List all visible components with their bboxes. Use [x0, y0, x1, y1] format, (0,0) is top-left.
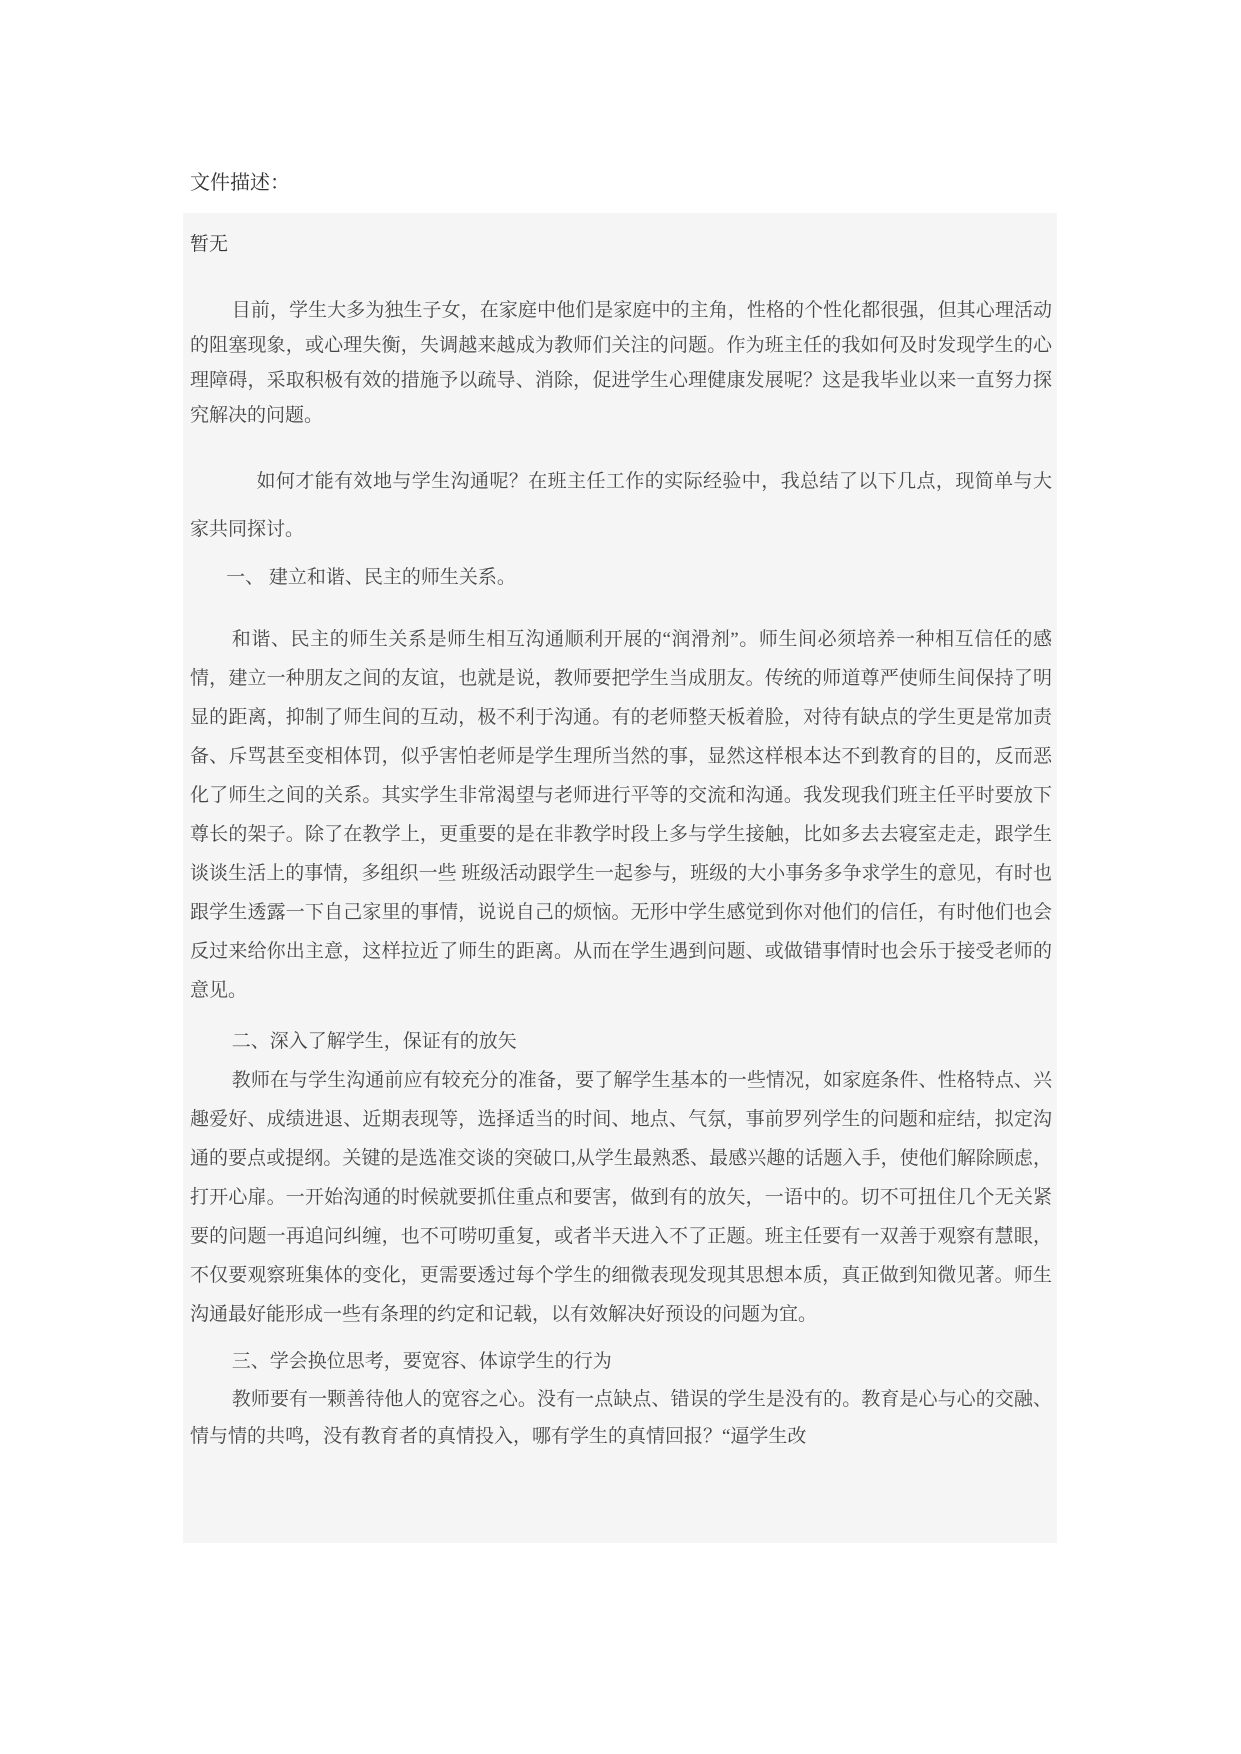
empty-placeholder: 暂无 [190, 235, 1052, 255]
document-paragraph: 和谐、民主的师生关系是师生相互沟通顺利开展的“润滑剂”。师生间必须培养一种相互信… [190, 620, 1052, 1010]
content-area: 文件描述： 暂无 目前，学生大多为独生子女，在家庭中他们是家庭中的主角，性格的个… [183, 0, 1057, 1543]
document-section-heading: 三、学会换位思考，要宽容、体谅学生的行为 [190, 1342, 1052, 1381]
document-paragraph: 教师要有一颗善待他人的宽容之心。没有一点缺点、错误的学生是没有的。教育是心与心的… [190, 1381, 1052, 1455]
document-paragraph: 教师在与学生沟通前应有较充分的准备，要了解学生基本的一些情况，如家庭条件、性格特… [190, 1061, 1052, 1334]
document-paragraph: 目前，学生大多为独生子女，在家庭中他们是家庭中的主角，性格的个性化都很强，但其心… [190, 293, 1052, 433]
document-section-heading: 二、深入了解学生，保证有的放矢 [190, 1022, 1052, 1061]
file-description-label: 文件描述： [190, 173, 1057, 193]
document-body: 目前，学生大多为独生子女，在家庭中他们是家庭中的主角，性格的个性化都很强，但其心… [190, 293, 1052, 1455]
document-paragraph: 如何才能有效地与学生沟通呢？在班主任工作的实际经验中，我总结了以下几点，现简单与… [190, 458, 1052, 554]
page: { "page": { "label": "文件描述：", "descripti… [0, 0, 1241, 1754]
description-panel: 暂无 目前，学生大多为独生子女，在家庭中他们是家庭中的主角，性格的个性化都很强，… [183, 213, 1057, 1543]
document-section-heading: 一、 建立和谐、民主的师生关系。 [190, 554, 1052, 602]
